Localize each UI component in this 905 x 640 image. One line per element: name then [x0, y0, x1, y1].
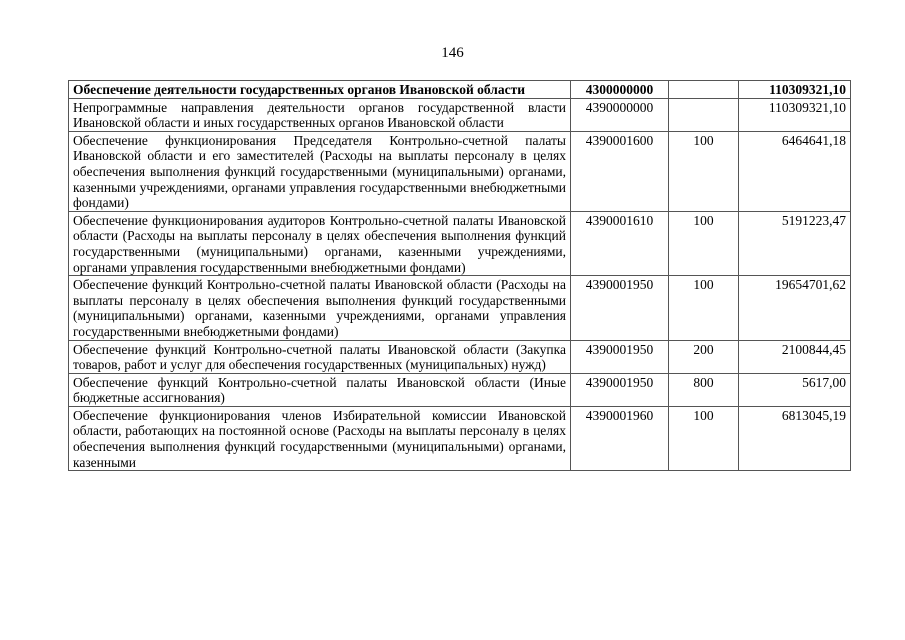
amount-cell: 6813045,19	[739, 406, 851, 470]
expense-name-cell: Обеспечение функций Контрольно-счетной п…	[69, 276, 571, 340]
target-code-cell: 4390001600	[571, 131, 669, 211]
amount-cell: 19654701,62	[739, 276, 851, 340]
expense-name-cell: Обеспечение функций Контрольно-счетной п…	[69, 373, 571, 406]
expense-name-cell: Обеспечение функционирования Председател…	[69, 131, 571, 211]
table-row: Обеспечение функций Контрольно-счетной п…	[69, 276, 851, 340]
target-code-cell: 4390001610	[571, 211, 669, 275]
amount-cell: 110309321,10	[739, 98, 851, 131]
expense-type-cell	[669, 81, 739, 99]
expense-type-cell: 100	[669, 211, 739, 275]
amount-cell: 6464641,18	[739, 131, 851, 211]
expense-type-cell: 100	[669, 406, 739, 470]
amount-cell: 5191223,47	[739, 211, 851, 275]
target-code-cell: 4390001950	[571, 340, 669, 373]
target-code-cell: 4390000000	[571, 98, 669, 131]
expense-type-cell: 800	[669, 373, 739, 406]
target-code-cell: 4390001950	[571, 373, 669, 406]
page-number: 146	[0, 45, 905, 62]
expense-type-cell: 200	[669, 340, 739, 373]
expense-name-cell: Обеспечение функций Контрольно-счетной п…	[69, 340, 571, 373]
table-row: Обеспечение деятельности государственных…	[69, 81, 851, 99]
table-row: Обеспечение функционирования членов Изби…	[69, 406, 851, 470]
expense-type-cell: 100	[669, 131, 739, 211]
expense-type-cell: 100	[669, 276, 739, 340]
expense-name-cell: Обеспечение деятельности государственных…	[69, 81, 571, 99]
target-code-cell: 4390001950	[571, 276, 669, 340]
table-row: Непрограммные направления деятельности о…	[69, 98, 851, 131]
amount-cell: 5617,00	[739, 373, 851, 406]
expense-name-cell: Обеспечение функционирования членов Изби…	[69, 406, 571, 470]
budget-table: Обеспечение деятельности государственных…	[68, 80, 851, 471]
expense-name-cell: Непрограммные направления деятельности о…	[69, 98, 571, 131]
table-row: Обеспечение функций Контрольно-счетной п…	[69, 373, 851, 406]
table-row: Обеспечение функционирования аудиторов К…	[69, 211, 851, 275]
amount-cell: 110309321,10	[739, 81, 851, 99]
amount-cell: 2100844,45	[739, 340, 851, 373]
table-row: Обеспечение функций Контрольно-счетной п…	[69, 340, 851, 373]
target-code-cell: 4390001960	[571, 406, 669, 470]
table-row: Обеспечение функционирования Председател…	[69, 131, 851, 211]
target-code-cell: 4300000000	[571, 81, 669, 99]
expense-type-cell	[669, 98, 739, 131]
expense-name-cell: Обеспечение функционирования аудиторов К…	[69, 211, 571, 275]
